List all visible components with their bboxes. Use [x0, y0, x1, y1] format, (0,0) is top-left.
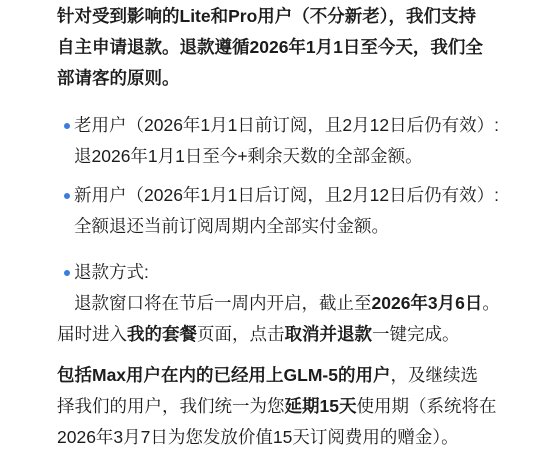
text-line: 退款方式:: [57, 257, 502, 288]
text-segment: 退款方式:: [74, 262, 149, 282]
text-segment: 老用户（2026年1月1日前订阅，且2月12日后仍有效）:: [74, 115, 499, 135]
text-line: 老用户（2026年1月1日前订阅，且2月12日后仍有效）:: [57, 110, 502, 141]
text-segment-bold: 延期15天: [285, 396, 357, 416]
bullet-item-new-users: 新用户（2026年1月1日后订阅，且2月12日后仍有效）: 全额退还当前订阅周期…: [57, 180, 502, 242]
text-segment: 页面，点击: [197, 324, 285, 344]
text-segment-bold: 我的套餐: [127, 324, 197, 344]
text-line: 全额退还当前订阅周期内全部实付金额。: [57, 211, 502, 242]
bullet-dot-icon: [64, 123, 70, 129]
bullet-item-old-users: 老用户（2026年1月1日前订阅，且2月12日后仍有效）: 退2026年1月1日…: [57, 110, 502, 172]
text-segment: 使用期（系统将在: [356, 396, 496, 416]
text-segment: 择我们的用户，我们统一为您: [57, 396, 285, 416]
bullet-dot-icon: [64, 193, 70, 199]
bullet-item-refund-method: 退款方式: 退款窗口将在节后一周内开启，截止至2026年3月6日。 届时进入我的…: [57, 257, 502, 350]
text-segment-bold: 包括Max用户在内的已经用上GLM-5的用户: [57, 365, 390, 385]
text-segment: 届时进入: [57, 324, 127, 344]
text-segment-bold: 取消并退款: [285, 324, 373, 344]
bullet-dot-icon: [64, 270, 70, 276]
text-segment: 。: [482, 293, 500, 313]
text-line: 退2026年1月1日至今+剩余天数的全部金额。: [57, 141, 502, 172]
paragraph-intro: 针对受到影响的Lite和Pro用户（不分新老），我们支持 自主申请退款。退款遵循…: [57, 1, 502, 94]
text-line: 新用户（2026年1月1日后订阅，且2月12日后仍有效）:: [57, 180, 502, 211]
text-line: 自主申请退款。退款遵循2026年1月1日至今天，我们全: [57, 32, 502, 63]
paragraph-extension: 包括Max用户在内的已经用上GLM-5的用户，及继续选 择我们的用户，我们统一为…: [57, 360, 502, 450]
text-line: 届时进入我的套餐页面，点击取消并退款一键完成。: [57, 319, 502, 350]
text-segment: 新用户（2026年1月1日后订阅，且2月12日后仍有效）:: [74, 185, 499, 205]
text-line: 择我们的用户，我们统一为您延期15天使用期（系统将在: [57, 391, 502, 422]
text-line: 2026年3月7日为您发放价值15天订阅费用的赠金）。: [57, 422, 502, 450]
text-line: 退款窗口将在节后一周内开启，截止至2026年3月6日。: [57, 288, 502, 319]
text-line: 部请客的原则。: [57, 63, 502, 94]
text-line: 针对受到影响的Lite和Pro用户（不分新老），我们支持: [57, 1, 502, 32]
announcement-body: 针对受到影响的Lite和Pro用户（不分新老），我们支持 自主申请退款。退款遵循…: [0, 0, 550, 450]
text-line: 包括Max用户在内的已经用上GLM-5的用户，及继续选: [57, 360, 502, 391]
text-segment-bold: 2026年3月6日: [372, 293, 483, 313]
text-segment: 退款窗口将在节后一周内开启，截止至: [74, 293, 372, 313]
text-segment: 一键完成。: [372, 324, 460, 344]
text-segment: ，及继续选: [390, 365, 478, 385]
